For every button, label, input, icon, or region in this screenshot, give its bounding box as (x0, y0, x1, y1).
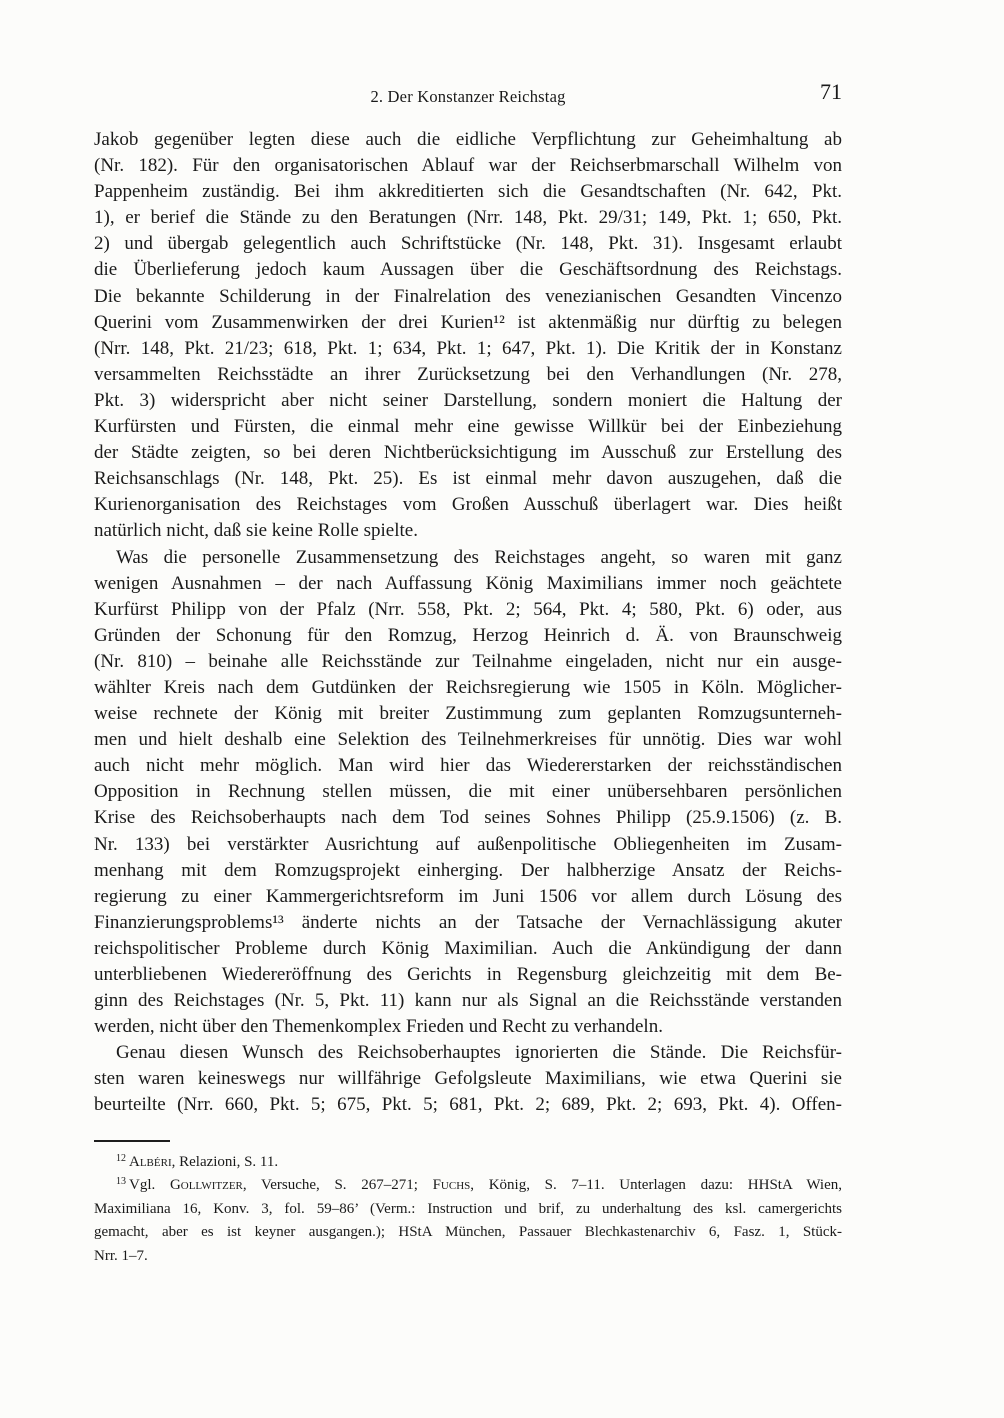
text-line: beurteilte (Nrr. 660, Pkt. 5; 675, Pkt. … (94, 1092, 842, 1118)
footnote-line: gemacht, aber es ist keyner ausgangen.);… (94, 1221, 842, 1244)
running-header: 2. Der Konstanzer Reichstag 71 (94, 0, 842, 110)
text-line: Finanzierungsproblems¹³ änderte nichts a… (94, 910, 842, 936)
book-page: 2. Der Konstanzer Reichstag 71 Jakob geg… (0, 0, 1004, 1418)
text-line: sten waren keineswegs nur willfährige Ge… (94, 1066, 842, 1092)
text-line: (Nrr. 148, Pkt. 21/23; 618, Pkt. 1; 634,… (94, 336, 842, 362)
text-line: versammelten Reichsstädte an ihrer Zurüc… (94, 362, 842, 388)
footnote-line: Maximiliana 16, Konv. 3, fol. 59–86’ (Ve… (94, 1198, 842, 1221)
text-line: Kurfürsten und Fürsten, die einmal mehr … (94, 414, 842, 440)
paragraph: Was die personelle Zusammensetzung des R… (94, 545, 842, 1041)
footnote-text: Nrr. 1–7. (94, 1248, 148, 1264)
text-line: die Überlieferung jedoch kaum Aussagen ü… (94, 257, 842, 283)
text-line: menhang mit dem Romzugsprojekt einhergin… (94, 858, 842, 884)
text-line: Jakob gegenüber legten diese auch die ei… (94, 127, 842, 153)
text-line: Pappenheim zuständig. Bei ihm akkreditie… (94, 179, 842, 205)
text-line: 2) und übergab gelegentlich auch Schrift… (94, 231, 842, 257)
text-line: natürlich nicht, daß sie keine Rolle spi… (94, 518, 842, 544)
page-number: 71 (820, 79, 842, 105)
footnote-line: Nrr. 1–7. (94, 1245, 842, 1268)
text-line: Krise des Reichsoberhaupts nach dem Tod … (94, 805, 842, 831)
footnote-line: 12Albéri, Relazioni, S. 11. (94, 1151, 842, 1174)
text-line: Kurfürst Philipp von der Pfalz (Nrr. 558… (94, 597, 842, 623)
text-line: wenigen Ausnahmen – der nach Auffassung … (94, 571, 842, 597)
text-line: reichspolitischer Probleme durch König M… (94, 936, 842, 962)
text-line: der Städte zeigten, so bei deren Nichtbe… (94, 440, 842, 466)
text-line: Gründen der Schonung für den Romzug, Her… (94, 623, 842, 649)
text-line: ginn des Reichstages (Nr. 5, Pkt. 11) ka… (94, 988, 842, 1014)
text-line: Pkt. 3) widerspricht aber nicht seiner D… (94, 388, 842, 414)
text-line: auch nicht mehr möglich. Man wird hier d… (94, 753, 842, 779)
text-line: Querini vom Zusammenwirken der drei Kuri… (94, 310, 842, 336)
footnote-text: Vgl. (129, 1177, 170, 1193)
footnote: 13Vgl. Gollwitzer, Versuche, S. 267–271;… (94, 1174, 842, 1268)
text-line: unterbliebenen Wiedereröffnung des Geric… (94, 962, 842, 988)
footnote-separator-rule (94, 1140, 170, 1142)
footnotes-section: 12Albéri, Relazioni, S. 11.13Vgl. Gollwi… (94, 1151, 842, 1268)
text-line: Reichsanschlags (Nr. 148, Pkt. 25). Es i… (94, 466, 842, 492)
text-line: men und hielt deshalb eine Selektion des… (94, 727, 842, 753)
paragraph: Jakob gegenüber legten diese auch die ei… (94, 127, 842, 545)
author-name-smallcaps: Gollwitzer (170, 1177, 243, 1193)
text-line: Was die personelle Zusammensetzung des R… (94, 545, 842, 571)
text-line: (Nr. 810) – beinahe alle Reichsstände zu… (94, 649, 842, 675)
footnote-text: Maximiliana 16, Konv. 3, fol. 59–86’ (Ve… (94, 1201, 842, 1217)
author-name-smallcaps: Albéri (129, 1154, 172, 1170)
footnote-line: 13Vgl. Gollwitzer, Versuche, S. 267–271;… (94, 1174, 842, 1197)
text-line: 1), er berief die Stände zu den Beratung… (94, 205, 842, 231)
text-line: Genau diesen Wunsch des Reichsoberhaupte… (94, 1040, 842, 1066)
text-line: weise rechnete der König mit breiter Zus… (94, 701, 842, 727)
text-line: (Nr. 182). Für den organisatorischen Abl… (94, 153, 842, 179)
footnote-text: , Relazioni, S. 11. (172, 1154, 279, 1170)
footnote: 12Albéri, Relazioni, S. 11. (94, 1151, 842, 1174)
footnote-marker: 13 (116, 1176, 126, 1187)
text-line: Kurienorganisation des Reichstages vom G… (94, 492, 842, 518)
author-name-smallcaps: Fuchs (433, 1177, 471, 1193)
text-line: werden, nicht über den Themenkomplex Fri… (94, 1014, 842, 1040)
text-line: Nr. 133) bei verstärkter Ausrichtung auf… (94, 832, 842, 858)
footnote-text: , Versuche, S. 267–271; (243, 1177, 433, 1193)
footnote-text: , König, S. 7–11. Unterlagen dazu: HHStA… (470, 1177, 842, 1193)
text-line: Opposition in Rechnung stellen müssen, d… (94, 779, 842, 805)
chapter-title: 2. Der Konstanzer Reichstag (94, 87, 842, 107)
footnote-marker: 12 (116, 1153, 126, 1164)
footnote-text: gemacht, aber es ist keyner ausgangen.);… (94, 1224, 842, 1240)
text-line: regierung zu einer Kammergerichtsreform … (94, 884, 842, 910)
text-line: Die bekannte Schilderung in der Finalrel… (94, 284, 842, 310)
paragraph: Genau diesen Wunsch des Reichsoberhaupte… (94, 1040, 842, 1118)
body-text: Jakob gegenüber legten diese auch die ei… (94, 127, 842, 1119)
text-line: wählter Kreis nach dem Gutdünken der Rei… (94, 675, 842, 701)
